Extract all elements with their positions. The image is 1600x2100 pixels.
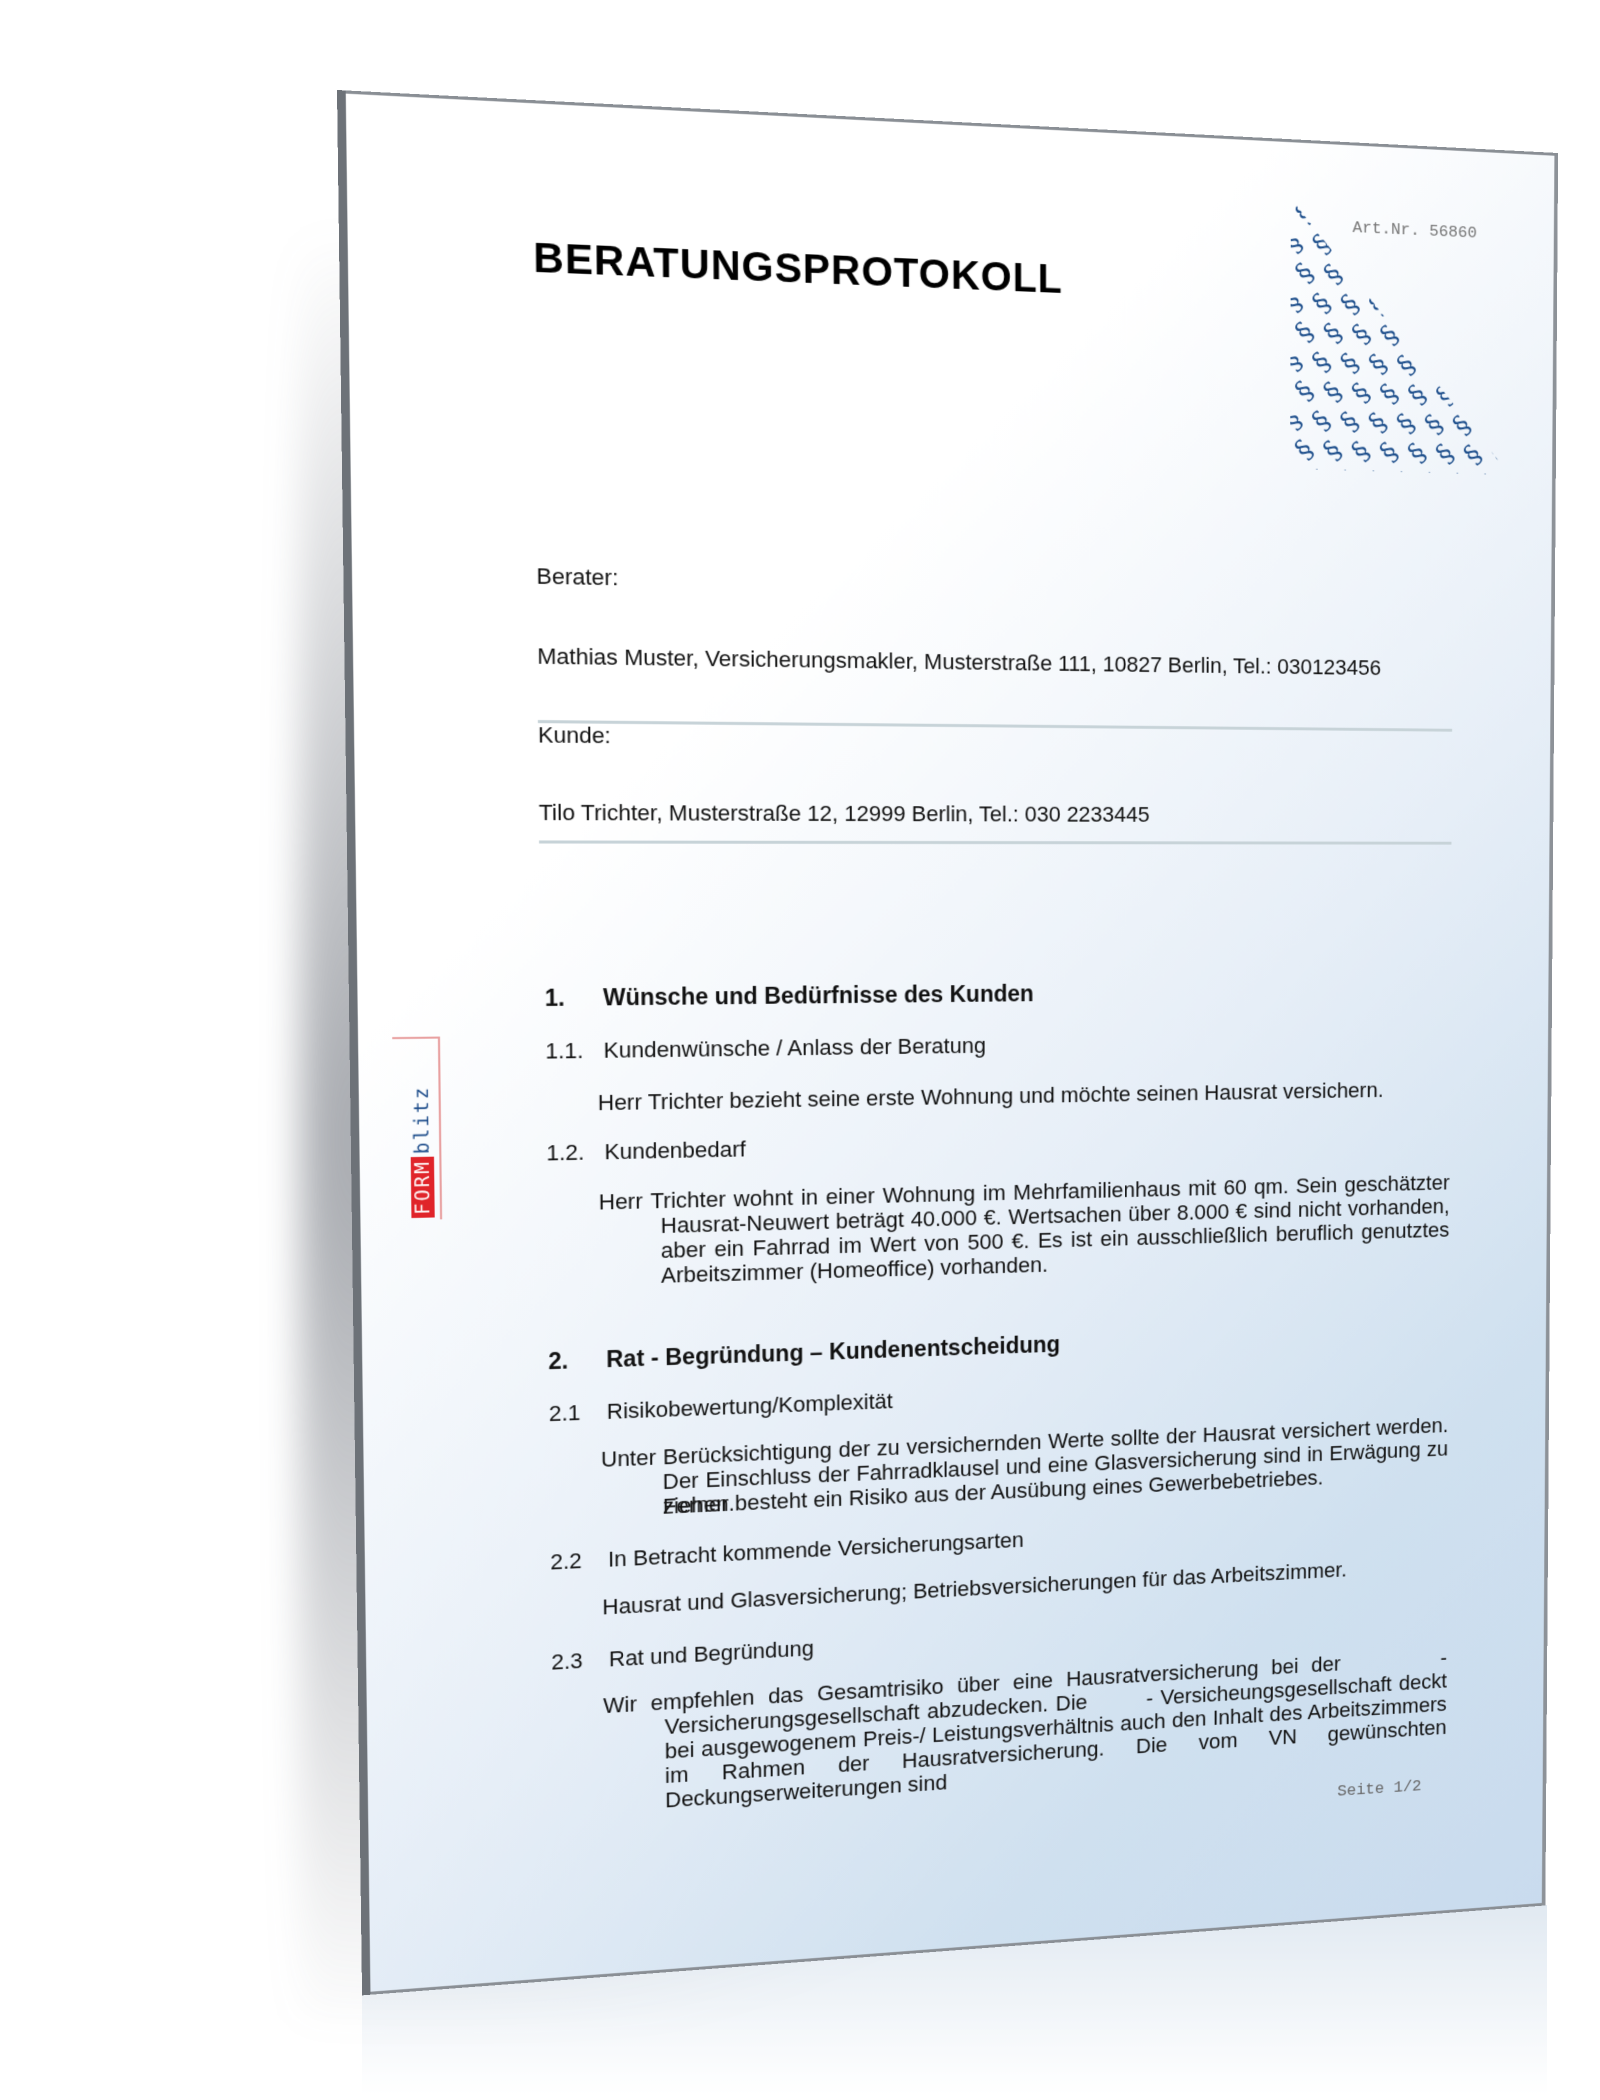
customer-label: Kunde: (538, 722, 611, 749)
subsection-heading-1-2: 1.2.Kundenbedarf (546, 1123, 1450, 1166)
customer-value: Tilo Trichter, Musterstraße 12, 12999 Be… (539, 800, 1150, 828)
section-title: Rat - Begründung – Kundenentscheidung (606, 1331, 1060, 1372)
logo-blitz: blitz (410, 1082, 434, 1157)
document-preview: BERATUNGSPROTOKOLL Art.Nr. 56860 §§§§§§§… (0, 0, 1600, 2100)
subsection-text: Wir empfehlen das Gesamtrisiko über eine… (603, 1646, 1447, 1817)
subsection-title: Kundenwünsche / Anlass der Beratung (603, 1033, 985, 1063)
subsection-title: Rat und Begründung (609, 1636, 814, 1672)
section-number: 2. (548, 1346, 606, 1375)
subsection-number: 2.2 (550, 1547, 608, 1576)
subsection-number: 2.3 (551, 1647, 609, 1676)
divider (539, 840, 1451, 844)
subsection-title: In Betracht kommende Versicherungsarten (608, 1528, 1024, 1572)
divider (538, 720, 1452, 732)
article-number: Art.Nr. 56860 (1353, 219, 1477, 243)
formblitz-logo: FORMblitz (392, 1037, 437, 1221)
section-heading-2: 2.Rat - Begründung – Kundenentscheidung (548, 1318, 1449, 1375)
subsection-title: Kundenbedarf (604, 1137, 746, 1165)
subsection-number: 1.2. (546, 1139, 604, 1166)
section-heading-1: 1.Wünsche und Bedürfnisse des Kunden (545, 977, 1451, 1012)
section-number: 1. (545, 984, 604, 1012)
subsection-number: 1.1. (545, 1038, 603, 1065)
section-title: Wünsche und Bedürfnisse des Kunden (603, 981, 1034, 1011)
subsection-title: Risikobewertung/Komplexität (607, 1389, 893, 1424)
subsection-text: Herr Trichter wohnt in einer Wohnung im … (599, 1170, 1450, 1289)
subsection-heading-1-1: 1.1.Kundenwünsche / Anlass der Beratung (545, 1027, 1450, 1064)
logo-line (438, 1037, 442, 1220)
advisor-label: Berater: (536, 563, 618, 591)
advisor-value: Mathias Muster, Versicherungsmakler, Mus… (537, 643, 1381, 681)
logo-form: FORM (411, 1157, 435, 1218)
document-title: BERATUNGSPROTOKOLL (533, 235, 1063, 303)
subsection-number: 2.1 (549, 1399, 607, 1427)
document-page: BERATUNGSPROTOKOLL Art.Nr. 56860 §§§§§§§… (337, 90, 1558, 1995)
subsection-text: Herr Trichter bezieht seine erste Wohnun… (598, 1077, 1451, 1115)
page-indicator: Seite 1/2 (1337, 1778, 1421, 1801)
logo-text: FORMblitz (410, 1082, 435, 1218)
logo-line (392, 1037, 439, 1040)
